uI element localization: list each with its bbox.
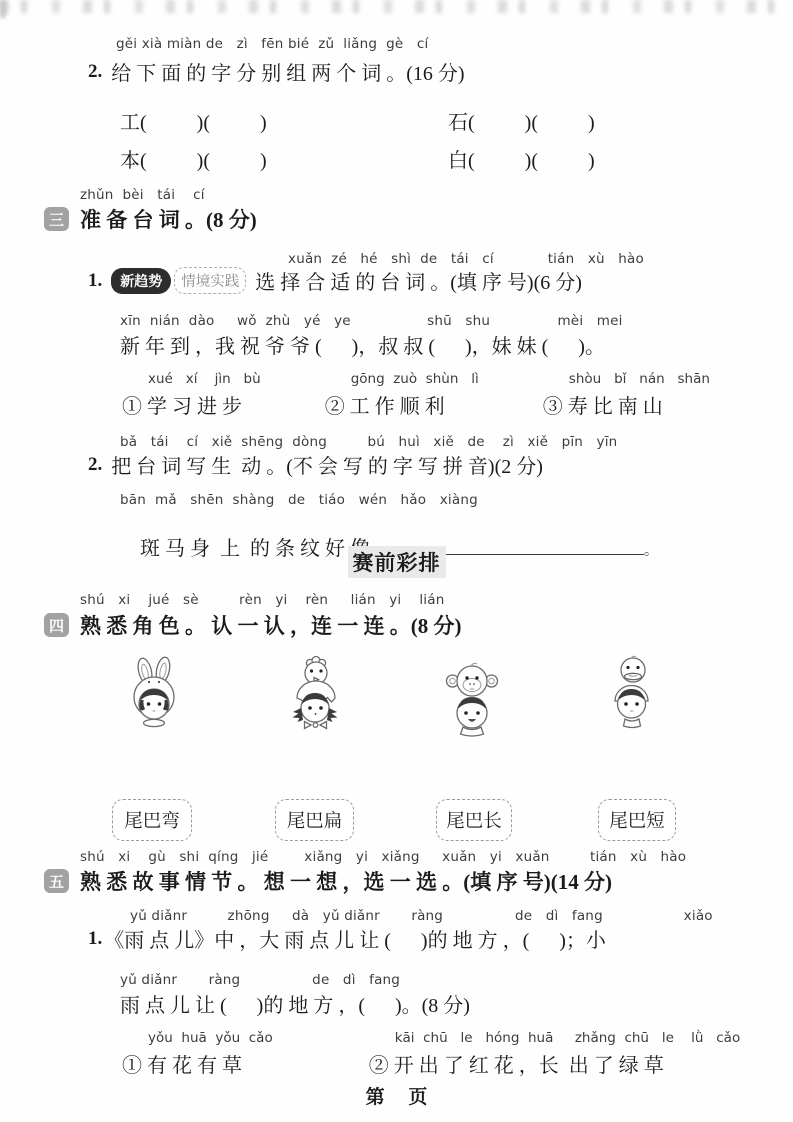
blank-parens: ( )( ) (140, 112, 267, 134)
sec3-pinyin: zhǔn bèi tái cí (80, 187, 205, 203)
q2-number: 2. (88, 61, 102, 83)
sec5-option-1-text: ① 有 花 有 草 (122, 1049, 273, 1078)
sec3-option-3-pinyin: shòu bǐ nán shān (543, 371, 710, 387)
q2-row2-left: 本( )( ) (120, 144, 267, 173)
sec3-option-2-pinyin: gōng zuò shùn lì (325, 371, 479, 387)
sec3-item1-sentence: 新 年 到 ，我 祝 爷 爷 ( )，叔 叔 ( )，妹 妹 ( )。 (120, 330, 605, 359)
context-practice-badge: 情境实践 (174, 267, 246, 294)
blank-parens: ( )( ) (468, 112, 595, 134)
q2-pinyin: gěi xià miàn de zì fēn bié zǔ liǎng gè c… (116, 36, 428, 52)
sec5-option-1: yǒu huā yǒu cǎo ① 有 花 有 草 (122, 1030, 273, 1078)
sec3-item2-pinyin: bǎ tái cí xiě shēng dòng bú huì xiě de z… (120, 434, 617, 450)
section5-marker-icon: 五 (44, 869, 69, 893)
page-footer: 第 页 (0, 1082, 793, 1109)
sec3-option-1: xué xí jìn bù ① 学 习 进 步 (122, 371, 261, 419)
sec5-option-1-pinyin: yǒu huā yǒu cǎo (122, 1030, 273, 1046)
sec3-item2-text: 把 台 词 写 生 动 。(不 会 写 的 字 写 拼 音)(2 分) (111, 450, 543, 479)
section4-marker-icon: 四 (44, 613, 69, 637)
sec5-item1-line2-pinyin: yǔ diǎnr ràng de dì fang (120, 972, 400, 988)
sec5-option-2-pinyin: kāi chū le hóng huā zhǎng chū le lǜ cǎo (369, 1030, 741, 1046)
sec3-item2-sentence-pinyin: bān mǎ shēn shàng de tiáo wén hǎo xiàng (120, 492, 478, 508)
sec3-option-3-text: ③ 寿 比 南 山 (543, 390, 710, 419)
tail-label-box-curved: 尾巴弯 (112, 799, 192, 841)
new-trend-badge: 新趋势 (111, 268, 171, 294)
sec3-item2-number: 2. (88, 454, 102, 476)
girl-in-rooster-hat-illustration (283, 654, 347, 759)
q2-text: 给 下 面 的 字 分 别 组 两 个 词 。(16 分) (111, 57, 464, 86)
sec3-item1-pinyin: xuǎn zé hé shì de tái cí tián xù hào (288, 251, 644, 267)
scan-bleedthrough-noise (0, 0, 793, 13)
sec5-item1-number: 1. (88, 928, 102, 950)
sec5-pinyin: shú xi gù shi qíng jié xiǎng yi xiǎng xu… (80, 849, 686, 865)
stage-banner: 赛前彩排 (348, 546, 446, 578)
sec3-option-2-text: ② 工 作 顺 利 (325, 390, 479, 419)
sec3-item1-sentence-pinyin: xīn nián dào wǒ zhù yé ye shū shu mèi me… (120, 313, 623, 329)
sec5-item1-line1: 《雨 点 儿》中 ，大 雨 点 儿 让 ( )的 地 方 ，( )；小 (104, 924, 606, 953)
q2-row1-right: 石( )( ) (448, 106, 595, 135)
blank-parens: ( )( ) (468, 150, 595, 172)
sec3-option-1-text: ① 学 习 进 步 (122, 390, 261, 419)
q2-row1-left: 工( )( ) (120, 106, 267, 135)
sec5-item1-line2: 雨 点 儿 让 ( )的 地 方 ，( )。(8 分) (120, 989, 470, 1018)
sec3-item1-text: 选 择 合 适 的 台 词 。(填 序 号)(6 分) (255, 266, 582, 295)
sec3-title: 准 备 台 词 。(8 分) (80, 204, 257, 234)
sec4-title: 熟 悉 角 色 。 认 一 认 ，连 一 连 。(8 分) (80, 610, 462, 640)
sec3-option-3: shòu bǐ nán shān ③ 寿 比 南 山 (543, 371, 710, 419)
girl-in-rabbit-hat-illustration (124, 656, 184, 757)
q2-row2-right: 白( )( ) (448, 144, 595, 173)
sec5-title: 熟 悉 故 事 情 节 。 想 一 想 ，选 一 选 。(填 序 号)(14 分… (80, 866, 612, 896)
worksheet-page: gěi xià miàn de zì fēn bié zǔ liǎng gè c… (0, 0, 793, 1122)
blank-parens: ( )( ) (140, 150, 267, 172)
sec3-option-2: gōng zuò shùn lì ② 工 作 顺 利 (325, 371, 479, 419)
scan-edge-mark (0, 0, 6, 18)
sec5-option-2: kāi chū le hóng huā zhǎng chū le lǜ cǎo … (369, 1030, 741, 1078)
sec5-option-2-text: ② 开 出 了 红 花 ，长 出 了 绿 草 (369, 1049, 741, 1078)
tail-label-box-long: 尾巴长 (436, 799, 512, 841)
boy-in-monkey-hat-illustration (442, 660, 502, 759)
sec3-option-1-pinyin: xué xí jìn bù (122, 371, 261, 387)
sec5-item1-line1-pinyin: yǔ diǎnr zhōng dà yǔ diǎnr ràng de dì fa… (130, 908, 713, 924)
section3-marker-icon: 三 (44, 207, 69, 231)
boy-in-duck-hat-illustration (602, 655, 660, 754)
sec4-pinyin: shú xi jué sè rèn yi rèn lián yi lián (80, 592, 444, 608)
sec3-item1-number: 1. (88, 270, 102, 292)
tail-label-box-short: 尾巴短 (598, 799, 676, 841)
tail-label-box-flat: 尾巴扁 (275, 799, 354, 841)
